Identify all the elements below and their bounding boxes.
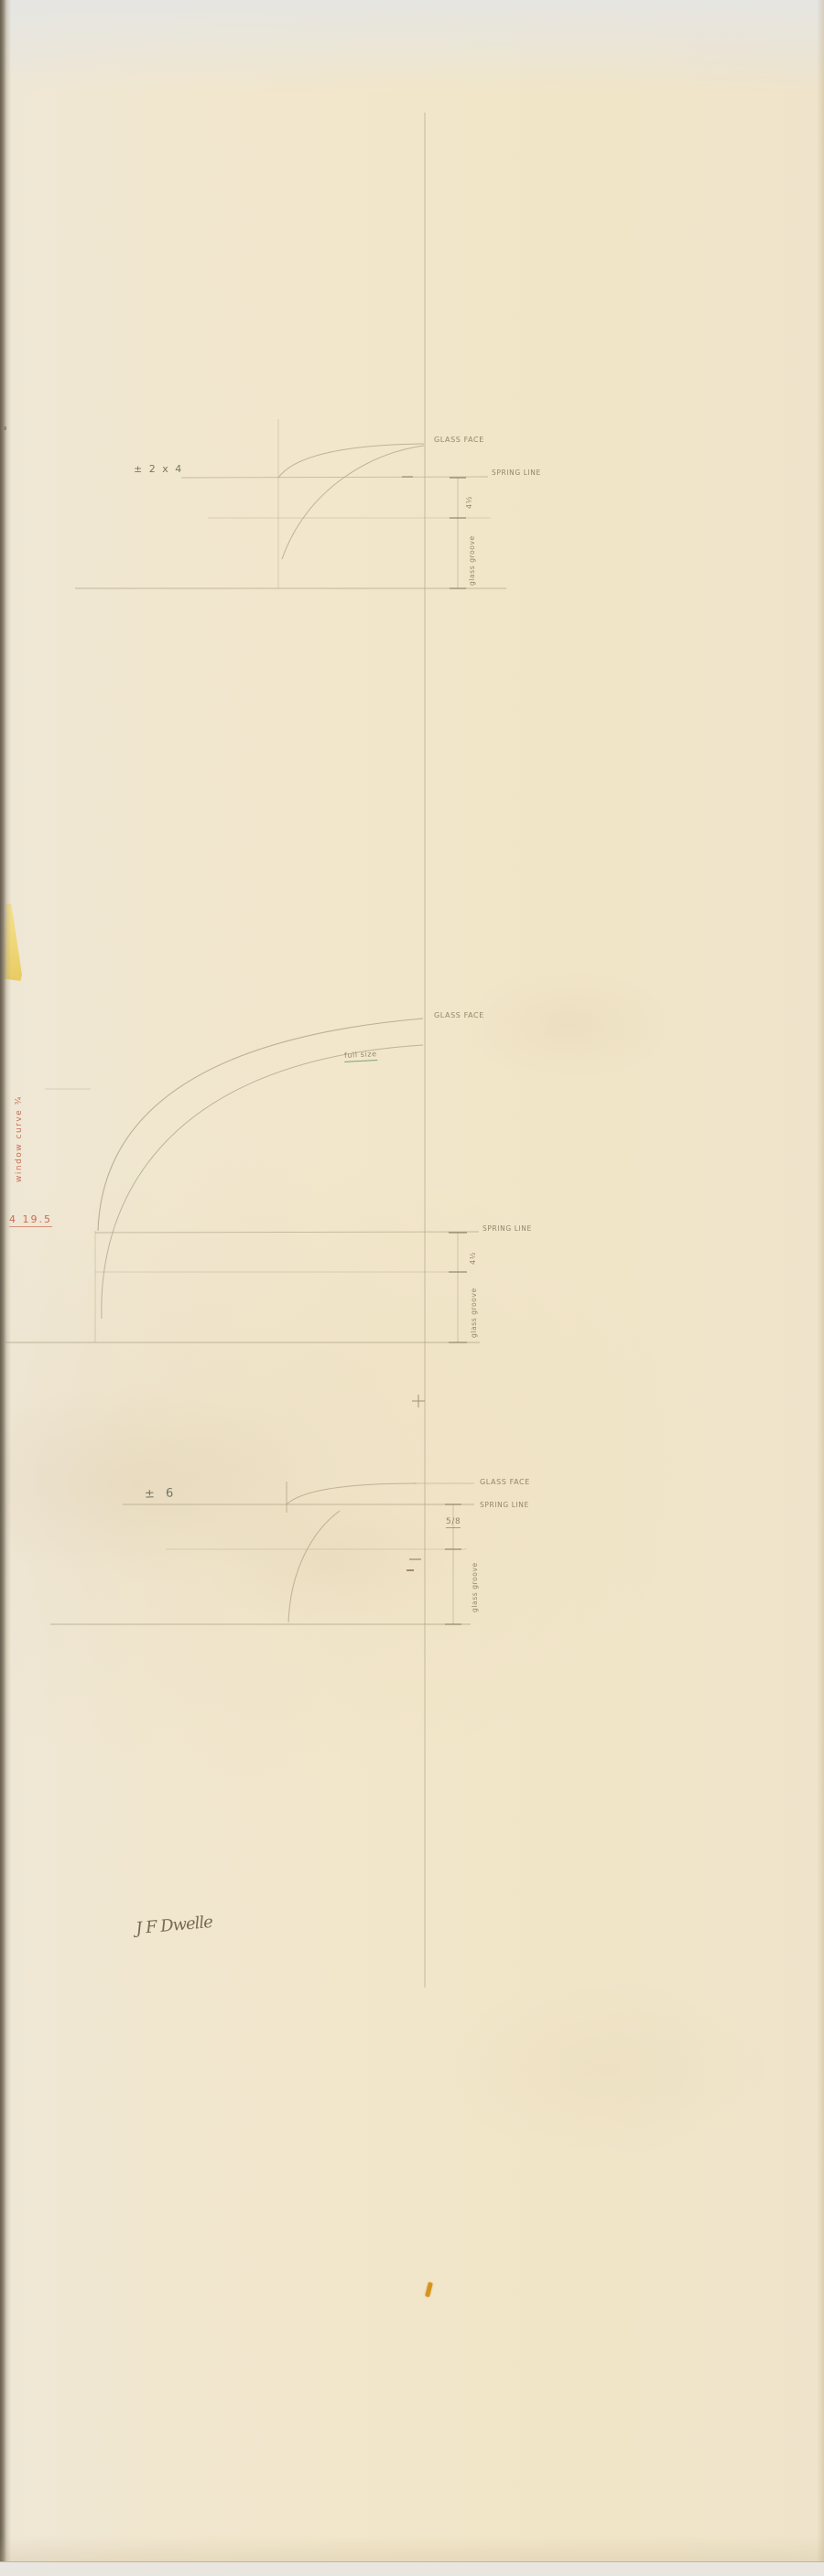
fig2-full-size-label: full size [344, 1050, 377, 1062]
fig2-dim-lower: glass groove [470, 1277, 478, 1338]
scanned-drawing-sheet: GLASS FACE SPRING LINE ± 2 x 4 4½ glass … [0, 0, 824, 2576]
center-cross-mark [412, 1395, 425, 1407]
fig2-red-dimension-note: 4 19.5 [9, 1213, 52, 1227]
fig3-spring-line-label: SPRING LINE [480, 1501, 529, 1509]
fig1-size-note: ± 2 x 4 [134, 463, 183, 475]
scan-edge-left [0, 0, 11, 2576]
figure3-outer-arc [287, 1483, 417, 1504]
scan-backing-bottom [0, 2561, 824, 2576]
figure1-lines [75, 419, 506, 588]
figure2-lines [5, 1019, 480, 1407]
figure3-inner-arc [288, 1511, 340, 1622]
fig2-spring-line-label: SPRING LINE [482, 1224, 532, 1233]
fig1-dim-upper: 4½ [465, 490, 473, 509]
fig2-dim-upper: 4½ [469, 1246, 477, 1265]
paper-bottom-shadow [0, 2535, 824, 2561]
figure1-inner-arc [282, 446, 424, 559]
fig3-dim-upper: 5/8 [446, 1517, 461, 1528]
fig1-glass-face-label: GLASS FACE [434, 436, 484, 444]
figure2-inner-arc [102, 1045, 423, 1319]
scan-edge-right [817, 0, 824, 2576]
figure3-lines [50, 1482, 474, 1624]
pencil-linework [0, 0, 824, 2576]
fig2-red-margin-note: window curve ¾ [15, 1025, 24, 1182]
fig3-dim-lower: glass groove [471, 1554, 479, 1612]
fig1-spring-line-label: SPRING LINE [492, 469, 541, 477]
fig3-glass-face-label: GLASS FACE [480, 1478, 530, 1486]
fig3-size-note: ± 6 [145, 1486, 178, 1501]
fig1-dim-lower: glass groove [468, 522, 476, 586]
fig2-glass-face-label: GLASS FACE [434, 1011, 484, 1019]
